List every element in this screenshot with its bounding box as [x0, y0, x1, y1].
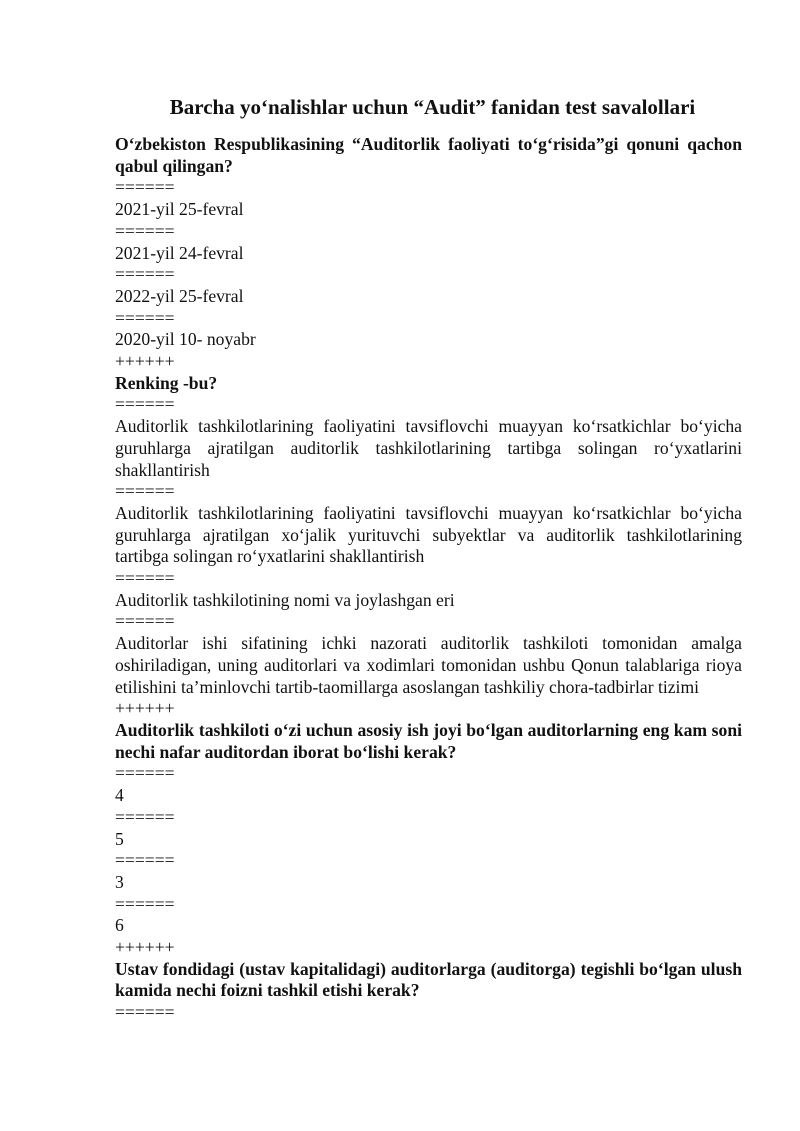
answer-option: Auditorlik tashkilotlarining faoliyatini…	[115, 503, 742, 568]
question-text: Auditorlik tashkiloti o‘zi uchun asosiy …	[115, 720, 742, 763]
question-2: Renking -bu? ====== Auditorlik tashkilot…	[115, 373, 742, 720]
document-title: Barcha yo‘nalishlar uchun “Audit” fanida…	[116, 94, 749, 120]
question-1: O‘zbekiston Respublikasining “Auditorlik…	[115, 134, 742, 373]
option-separator: ======	[115, 1002, 742, 1024]
answer-option: 2021-yil 25-fevral	[115, 199, 742, 221]
document-page: Barcha yo‘nalishlar uchun “Audit” fanida…	[115, 94, 742, 1024]
answer-option: 2020-yil 10- noyabr	[115, 329, 742, 351]
option-separator: ======	[115, 221, 742, 243]
question-text: Ustav fondidagi (ustav kapitalidagi) aud…	[115, 959, 742, 1002]
option-separator: ======	[115, 763, 742, 785]
option-separator: ======	[115, 807, 742, 829]
option-separator: ======	[115, 894, 742, 916]
answer-option: 5	[115, 829, 742, 851]
answer-option: 2021-yil 24-fevral	[115, 243, 742, 265]
answer-option: 2022-yil 25-fevral	[115, 286, 742, 308]
option-separator: ======	[115, 394, 742, 416]
option-separator: ======	[115, 264, 742, 286]
option-separator: ======	[115, 611, 742, 633]
question-separator: ++++++	[115, 698, 742, 720]
option-separator: ======	[115, 481, 742, 503]
question-separator: ++++++	[115, 937, 742, 959]
option-separator: ======	[115, 850, 742, 872]
answer-option: 3	[115, 872, 742, 894]
answer-option: 6	[115, 915, 742, 937]
answer-option: Auditorlik tashkilotining nomi va joylas…	[115, 590, 742, 612]
answer-option: Auditorlar ishi sifatining ichki nazorat…	[115, 633, 742, 698]
question-text: Renking -bu?	[115, 373, 742, 395]
option-separator: ======	[115, 308, 742, 330]
option-separator: ======	[115, 177, 742, 199]
answer-option: Auditorlik tashkilotlarining faoliyatini…	[115, 416, 742, 481]
question-3: Auditorlik tashkiloti o‘zi uchun asosiy …	[115, 720, 742, 959]
option-separator: ======	[115, 568, 742, 590]
question-separator: ++++++	[115, 351, 742, 373]
answer-option: 4	[115, 785, 742, 807]
question-4: Ustav fondidagi (ustav kapitalidagi) aud…	[115, 959, 742, 1024]
question-text: O‘zbekiston Respublikasining “Auditorlik…	[115, 134, 742, 177]
